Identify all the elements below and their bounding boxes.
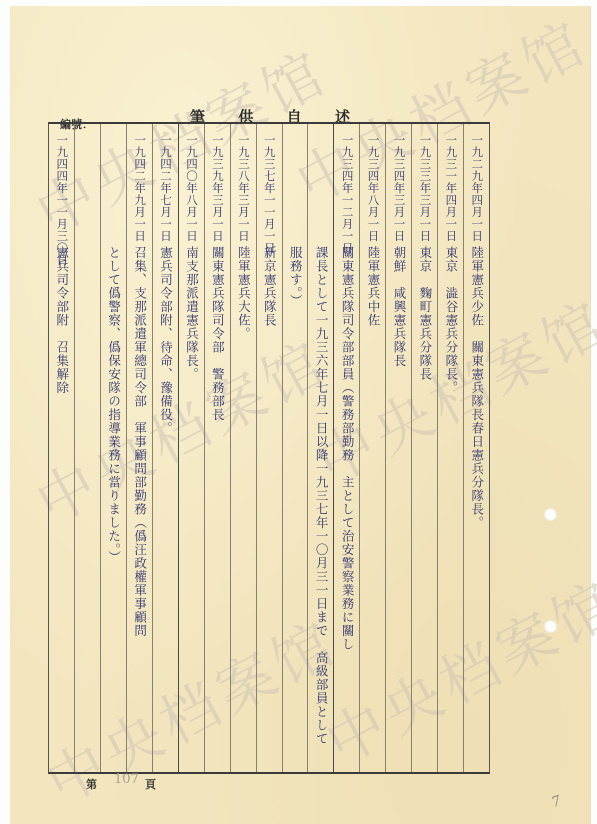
entry-text: 新京憲兵隊長 (263, 246, 276, 327)
entry-text: として僞警察、僞保安隊の指導業務に當りました。） (107, 246, 120, 564)
entry-column: 一九四二年七月一日憲兵司令部附、待命、豫備役。 (152, 124, 178, 772)
entry-text: 服務す。） (289, 246, 302, 307)
entry-text: 召集、支那派遣軍總司令部 軍事顧問部勤務（僞汪政權軍事顧問 (133, 246, 146, 638)
entry-date: 一九三三年三月一日 (419, 134, 431, 242)
entry-date: 一九三一年四月一日 (445, 134, 457, 242)
entry-text: 東京 澁谷憲兵分隊長。 (444, 246, 457, 395)
entry-column: 一九三九年三月一日關東憲兵隊司令部 警務部長 (204, 124, 230, 772)
entry-column: 一九三四年八月一日陸軍憲兵中佐 (359, 124, 385, 772)
entry-text: 課長として一九三六年七月一日以降一九三七年一〇月三一日まで 高級部員として (315, 246, 328, 746)
deposition-table: 一九二九年四月一日陸軍憲兵少佐 關東憲兵隊長春日憲兵分隊長。一九三一年四月一日東… (48, 122, 490, 774)
entry-text: 陸軍憲兵大佐。 (237, 246, 250, 341)
page-suffix: 頁 (145, 776, 156, 792)
entry-column: 一九三一年四月一日東京 澁谷憲兵分隊長。 (437, 124, 463, 772)
entry-column: 一九三三年三月一日東京 麴町憲兵分隊長 (411, 124, 437, 772)
entry-date: 一九三九年三月一日 (211, 134, 223, 242)
punch-hole (544, 620, 557, 633)
entry-text: 關東憲兵隊司令部部員（警務部勤務 主として治安警察業務に關し (341, 246, 354, 651)
entry-column: 課長として一九三六年七月一日以降一九三七年一〇月三一日まで 高級部員として (307, 124, 333, 772)
entry-date: 一九三四年三月一日 (393, 134, 405, 242)
entry-column: 服務す。） (282, 124, 308, 772)
entry-text: 陸軍憲兵少佐 關東憲兵隊長春日憲兵分隊長。 (470, 246, 483, 530)
punch-hole (544, 508, 557, 521)
entry-column: 一九四二年九月一日召集、支那派遣軍總司令部 軍事顧問部勤務（僞汪政權軍事顧問 (126, 124, 152, 772)
entry-column (74, 124, 100, 772)
entry-column: として僞警察、僞保安隊の指導業務に當りました。） (100, 124, 126, 772)
entry-column: 一九四〇年八月一日南支那派遣憲兵隊長。 (178, 124, 204, 772)
entry-text: 陸軍憲兵中佐 (367, 246, 380, 327)
entry-column: 一九三四年一二月一日關東憲兵隊司令部部員（警務部勤務 主として治安警察業務に關し (333, 124, 359, 772)
entry-text: 關東憲兵隊司令部 警務部長 (211, 246, 224, 422)
entry-date: 一九三四年一二月一日 (341, 134, 353, 254)
entry-date: 一九三七年一一月一日 (263, 134, 275, 254)
entry-column: 一九二九年四月一日陸軍憲兵少佐 關東憲兵隊長春日憲兵分隊長。 (463, 124, 489, 772)
entry-column: 一九三四年三月一日朝鮮 咸興憲兵隊長 (385, 124, 411, 772)
entry-text: 朝鮮 咸興憲兵隊長 (392, 246, 405, 368)
page-prefix: 第 (86, 776, 97, 792)
entry-text: 東京 麴町憲兵分隊長 (418, 246, 431, 381)
entry-column: 一九四四年一一月三〇日憲兵司令部附 召集解除 (49, 124, 74, 772)
page-number: 107 (114, 772, 139, 787)
entry-date: 一九三四年八月一日 (367, 134, 379, 242)
entry-column: 一九三八年三月一日陸軍憲兵大佐。 (230, 124, 256, 772)
entry-date: 一九四二年九月一日 (134, 134, 146, 242)
entry-text: 憲兵司令部附 召集解除 (55, 246, 68, 395)
entry-text: 南支那派遣憲兵隊長。 (185, 246, 198, 381)
entry-date: 一九二九年四月一日 (471, 134, 483, 242)
entry-text: 憲兵司令部附、待命、豫備役。 (159, 246, 172, 435)
entry-date: 一九四〇年八月一日 (185, 134, 197, 242)
entry-date: 一九四二年七月一日 (160, 134, 172, 242)
entry-date: 一九三八年三月一日 (237, 134, 249, 242)
entry-column: 一九三七年一一月一日新京憲兵隊長 (256, 124, 282, 772)
